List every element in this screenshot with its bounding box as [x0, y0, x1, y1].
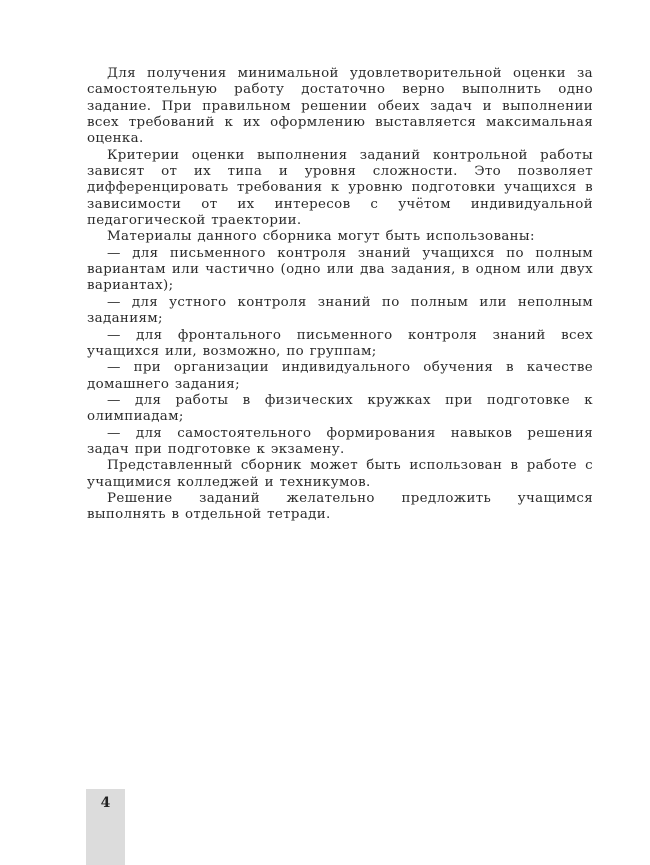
paragraph-criteria: Критерии оценки выполнения заданий контр… [87, 148, 593, 230]
list-item-individual-learning: — при организации индивидуального обучен… [87, 360, 593, 393]
list-item-physics-clubs: — для работы в физических кружках при по… [87, 393, 593, 426]
paragraph-minimal-grade: Для получения минимальной удовлетворител… [87, 66, 593, 148]
paragraph-notebook: Решение заданий желательно предложить уч… [87, 491, 593, 524]
list-item-frontal-control: — для фронтального письменного контроля … [87, 328, 593, 361]
list-item-written-control: — для письменного контроля знаний учащих… [87, 246, 593, 295]
page-number-tab: 4 [86, 789, 125, 865]
body-text: Для получения минимальной удовлетворител… [87, 66, 593, 524]
list-item-exam-prep: — для самостоятельного формирования навы… [87, 426, 593, 459]
paragraph-materials-intro: Материалы данного сборника могут быть ис… [87, 229, 593, 245]
paragraph-colleges: Представленный сборник может быть исполь… [87, 458, 593, 491]
list-item-oral-control: — для устного контроля знаний по полным … [87, 295, 593, 328]
page-number: 4 [86, 795, 125, 811]
